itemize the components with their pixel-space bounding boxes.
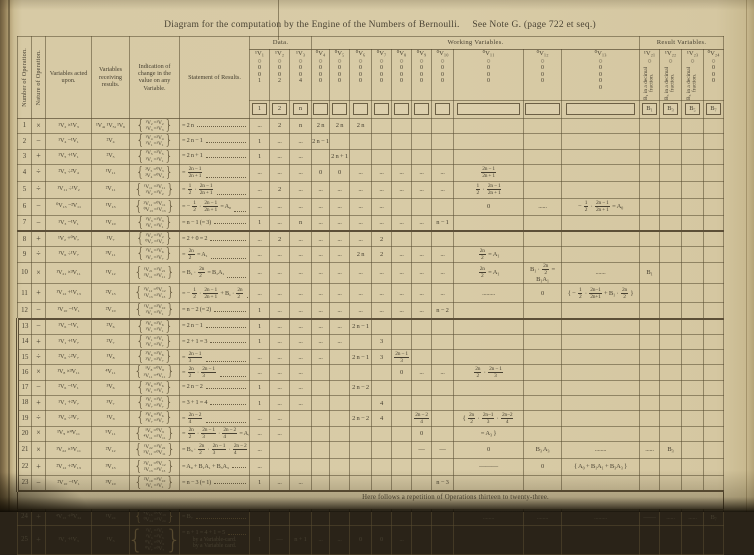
operation-sign: ÷ [32, 350, 46, 365]
cell-V10 [432, 334, 454, 349]
left-brace: { [136, 119, 144, 133]
operation-number: 3 [18, 149, 32, 164]
indication-of-change: {¹V₄ =²V₄¹V₁ =¹V₁} [130, 134, 180, 149]
variable-initial-box-cell-V2: 2 [270, 100, 290, 118]
fraction: 2n−12n+1 [589, 287, 601, 300]
cell-V6: 2 n [350, 247, 372, 262]
statement-text: = 2n − 13 [182, 351, 203, 364]
cell-V22 [660, 475, 682, 491]
cell-V13: ........ [562, 441, 640, 458]
operation-sign: − [32, 475, 46, 491]
cell-V11: ——— [454, 458, 524, 475]
right-brace: } [164, 247, 172, 261]
zero-digit: 0 [392, 78, 411, 85]
cell-V10: ... [432, 181, 454, 198]
cell-V8 [392, 396, 412, 411]
cell-V6: 2 n − 2 [350, 380, 372, 395]
variable-initial-box-cell-V1: 1 [250, 100, 270, 118]
left-brace: { [135, 266, 143, 280]
cell-V3 [290, 426, 312, 441]
cell-V6 [350, 475, 372, 491]
variables-acted-upon: ²V₁₀ −¹V₁ [46, 475, 92, 491]
cell-V11 [454, 334, 524, 349]
cell-V6: 2 n − 1 [350, 319, 372, 335]
left-brace: { [136, 150, 144, 164]
cell-V3: ... [290, 181, 312, 198]
indication-line: ¹V₁ =¹V₁ [146, 388, 164, 394]
cell-V24 [704, 149, 724, 164]
indication-of-change: {¹V₂₁ =¹V₂₁³V₁₁ =³V₁₁} [130, 262, 180, 284]
fraction: 2n2 [621, 287, 628, 300]
cell-V9: — [412, 441, 432, 458]
operation-sign: ÷ [32, 411, 46, 426]
statement-of-results: = − 12 · 2n − 12n + 1 + B₁ · 2n2 [180, 284, 250, 303]
cell-V12: 0 [524, 458, 562, 475]
initial-value-box [457, 103, 520, 115]
cell-V3: ... [290, 350, 312, 365]
statement-of-results: = 2 n + 1 [180, 149, 250, 164]
cell-V8 [392, 411, 412, 426]
variables-receiving-results: ³V₁₀ [92, 475, 130, 491]
cell-V22 [660, 303, 682, 319]
cell-V11 [454, 350, 524, 365]
variables-acted-upon: ²V₆ −¹V₁ [46, 380, 92, 395]
fraction: 2n − 12n + 1 [199, 183, 214, 196]
cell-V1: ... [250, 365, 270, 380]
indication-of-change: {¹V₁₂ =⁰V₁₂¹V₁₃ =²V₁₃} [130, 284, 180, 303]
fraction: 2n2 [236, 287, 243, 300]
cell-V3: ... [290, 284, 312, 303]
indication-of-change: {¹V₃ =¹V₃¹V₁ =¹V₁} [130, 215, 180, 231]
cell-V11 [454, 134, 524, 149]
cell-V5: 0 [330, 164, 350, 181]
cell-V7: 3 [372, 350, 392, 365]
cell-V5 [330, 396, 350, 411]
cell-V1: ... [250, 198, 270, 215]
cell-V24 [704, 134, 724, 149]
cell-V3: ... [290, 319, 312, 335]
statement-text: = 2n2 = A₁ [182, 248, 208, 261]
cell-V3 [290, 411, 312, 426]
cell-V13 [562, 231, 640, 247]
cell-V22 [660, 458, 682, 475]
variable-header-V12: ⁰V₁₂○000 [524, 50, 562, 101]
cell-V1: ... [250, 181, 270, 198]
cell-V11: 0 [454, 441, 524, 458]
variables-acted-upon: ⁰V₁₃ −²V₁₁ [46, 198, 92, 215]
operation-row-7: 7−¹V₃ −¹V₁¹V₁₀{¹V₃ =¹V₃¹V₁ =¹V₁}= n − 1 … [18, 215, 724, 231]
cell-V12: B₃ A₃ [524, 441, 562, 458]
indication-of-change: {¹V₆ =¹V₆¹V₇ =¹V₇} [130, 247, 180, 262]
statement-text: = B₁ · 2n2 = B₁A₁ [182, 266, 224, 279]
cell-V24 [704, 319, 724, 335]
indication-line: ²V₄ =⁰V₄ [145, 173, 164, 179]
cell-V13 [562, 365, 640, 380]
cell-V22 [660, 284, 682, 303]
cell-V1: 1 [250, 334, 270, 349]
cell-V8: ... [392, 303, 412, 319]
zero-digit: 2 [270, 78, 289, 85]
cell-V13 [562, 149, 640, 164]
cell-V11: 2n2 = A₁ [454, 247, 524, 262]
left-brace: { [135, 476, 143, 490]
variable-header-V10: ⁰V₁₀○000 [432, 50, 454, 101]
cell-V3: ... [290, 475, 312, 491]
cell-V3: ... [290, 262, 312, 284]
cell-V2: ... [270, 149, 290, 164]
cell-V6 [350, 365, 372, 380]
cell-V21 [640, 334, 660, 349]
right-brace: } [164, 320, 172, 334]
operation-sign: − [32, 319, 46, 335]
variables-acted-upon: ¹V₅ +¹V₁ [46, 149, 92, 164]
variable-initial-box-cell-V10 [432, 100, 454, 118]
dotted-leader [214, 223, 246, 224]
cell-V12 [524, 149, 562, 164]
cell-V23 [682, 215, 704, 231]
cell-V5 [330, 411, 350, 426]
index-circle-icon: ○ [330, 58, 349, 65]
cell-V22 [660, 134, 682, 149]
cell-V3: n [290, 215, 312, 231]
cell-V22 [660, 215, 682, 231]
variable-header-V4: ⁰V₄○000 [312, 50, 330, 101]
cell-V3: ... [290, 231, 312, 247]
cell-V24 [704, 303, 724, 319]
binding-crack [8, 0, 10, 512]
index-circle-icon: ○ [290, 58, 311, 65]
cell-V13 [562, 181, 640, 198]
statement-text: = 2 + 0 = 2 [182, 236, 207, 243]
indication-of-change: {¹V₆ =²V₆¹V₁ =¹V₁} [130, 319, 180, 335]
operation-number: 21 [18, 441, 32, 458]
cell-V4 [312, 475, 330, 491]
zero-digit: 0 [250, 72, 269, 79]
cell-V23 [682, 262, 704, 284]
statement-of-results: = 2n − 24 [180, 411, 250, 426]
cell-V21: B₁ [640, 262, 660, 284]
left-brace: { [136, 320, 144, 334]
cell-V5: ... [330, 303, 350, 319]
index-circle-icon: ○ [312, 58, 329, 65]
right-brace: } [166, 427, 174, 441]
variable-initial-box-cell-V24: B₇ [704, 100, 724, 118]
cell-V9: ... [412, 215, 432, 231]
statement-text: = 2n − 12n + 1 [182, 166, 203, 179]
fraction: 2n − 13 [188, 351, 203, 364]
cell-V9: ... [412, 164, 432, 181]
zero-digit: 0 [372, 78, 391, 85]
fraction: 2n − 12n + 1 [481, 166, 496, 179]
dotted-leader [214, 483, 246, 484]
cell-V4: ... [312, 262, 330, 284]
right-brace: } [166, 286, 174, 300]
cell-V5 [330, 426, 350, 441]
cell-V11: ......... [454, 284, 524, 303]
cell-V21 [640, 475, 660, 491]
zero-digit: 0 [412, 72, 431, 79]
indication-line: ⁰V₇ =¹V₇ [145, 239, 164, 245]
dotted-leader [210, 404, 246, 405]
operation-row-19: 19÷³V₆ ÷³V₇¹V₉{³V₆ =³V₆³V₇ =³V₇}= 2n − 2… [18, 411, 724, 426]
index-circle-icon: ○ [392, 58, 411, 65]
cell-V3: ... [290, 247, 312, 262]
variables-receiving-results: ¹V₉ [92, 411, 130, 426]
cell-V23 [682, 458, 704, 475]
zero-digit: 0 [290, 72, 311, 79]
variables-acted-upon: ¹V₄ −¹V₁ [46, 134, 92, 149]
cell-V1: ... [250, 426, 270, 441]
book-page: Diagram for the computation by the Engin… [0, 0, 754, 512]
cell-V9 [412, 149, 432, 164]
cell-V12 [524, 134, 562, 149]
variable-header-V1: ¹V₁○001 [250, 50, 270, 101]
title-note: See Note G. (page 722 et seq.) [472, 20, 596, 30]
cell-V24 [704, 247, 724, 262]
cell-V13: − 12 · 2n − 12n + 1 = A₀ [562, 198, 640, 215]
operation-sign: × [32, 118, 46, 133]
cell-V4 [312, 380, 330, 395]
variables-acted-upon: ¹V₁₀ −¹V₁ [46, 303, 92, 319]
operation-sign: × [32, 365, 46, 380]
cell-V7 [372, 319, 392, 335]
variables-receiving-results: ¹V₁₃ [92, 198, 130, 215]
cell-V2: ... [270, 215, 290, 231]
cell-V8: ... [392, 262, 412, 284]
cell-V6 [350, 134, 372, 149]
cell-V8 [392, 149, 412, 164]
cell-V4 [312, 149, 330, 164]
cell-V11: { 2n2 · 2n−13 · 2n−24 [454, 411, 524, 426]
variables-acted-upon: ²V₁₂ +²V₁₃ [46, 458, 92, 475]
cell-V22 [660, 350, 682, 365]
operation-sign: + [32, 396, 46, 411]
cell-V23 [682, 134, 704, 149]
cell-V23 [682, 380, 704, 395]
operation-row-8: 8+¹V₂ +⁰V₇¹V₇{¹V₂ =¹V₂⁰V₇ =¹V₇}= 2 + 0 =… [18, 231, 724, 247]
cell-V3 [290, 458, 312, 475]
cell-V3: ... [290, 198, 312, 215]
index-circle-icon: ○ [704, 58, 723, 65]
interlude-row: Here follows a repetition of Operations … [18, 491, 724, 509]
cell-V1: 1 [250, 396, 270, 411]
cell-V9: ... [412, 262, 432, 284]
cell-V10 [432, 149, 454, 164]
operation-number: 1 [18, 118, 32, 133]
cell-V13 [562, 475, 640, 491]
statement-of-results: = 3 + 1 = 4 [180, 396, 250, 411]
operation-number: 2 [18, 134, 32, 149]
cell-V22 [660, 181, 682, 198]
statement-text: = 2 n [182, 123, 194, 130]
statement-text: = − 12 · 2n − 12n + 1 = A₀ [182, 200, 231, 213]
cell-V5: ... [330, 319, 350, 335]
cell-V10 [432, 396, 454, 411]
cell-V13 [562, 303, 640, 319]
statement-text: = 2 n − 1 [182, 323, 203, 330]
zero-digit: 0 [524, 72, 561, 79]
indication-of-change: {²V₅ =⁰V₅²V₄ =⁰V₄} [130, 164, 180, 181]
cell-V7: ... [372, 215, 392, 231]
operation-row-17: 17−²V₆ −¹V₁³V₆{²V₆ =³V₆¹V₁ =¹V₁}= 2 n − … [18, 380, 724, 395]
cell-V6: ... [350, 164, 372, 181]
zero-digit: 0 [562, 85, 639, 92]
operation-number: 6 [18, 198, 32, 215]
cell-V13: { − 12 · 2n−12n+1 + B₁ · 2n2 } [562, 284, 640, 303]
cell-V22 [660, 262, 682, 284]
variables-receiving-results: ²V₅ [92, 149, 130, 164]
indication-line: ¹V₁ =¹V₁ [146, 157, 164, 163]
variable-header-V8: ⁰V₈○000 [392, 50, 412, 101]
cell-V4 [312, 365, 330, 380]
cell-V21 [640, 426, 660, 441]
cell-V12 [524, 475, 562, 491]
cell-V22 [660, 396, 682, 411]
cell-V10: ... [432, 365, 454, 380]
initial-value-box: B₅ [685, 103, 700, 115]
operation-row-18: 18+¹V₁ +²V₇³V₇{¹V₁ =¹V₁²V₇ =³V₇}= 3 + 1 … [18, 396, 724, 411]
cell-V23 [682, 164, 704, 181]
cell-V23 [682, 411, 704, 426]
fraction: 2n − 13 [201, 366, 216, 379]
zero-digit: 0 [704, 65, 723, 72]
indication-of-change: {¹V₁ =¹V₁²V₇ =³V₇} [130, 396, 180, 411]
zero-digit: 0 [704, 78, 723, 85]
right-brace: } [166, 200, 174, 214]
variables-receiving-results: ²V₆ [92, 319, 130, 335]
cell-V8: 0 [392, 365, 412, 380]
cell-V12 [524, 365, 562, 380]
statement-of-results: = 12 · 2n − 12n + 1 [180, 181, 250, 198]
operation-number: 19 [18, 411, 32, 426]
cell-V2: ... [270, 475, 290, 491]
right-brace: } [166, 476, 174, 490]
title-main: Diagram for the computation by the Engin… [164, 20, 460, 30]
indication-line: ³V₁₁ =⁴V₁₁ [144, 373, 166, 379]
cell-V24 [704, 411, 724, 426]
statement-of-results: = n − 1 (= 3) [180, 215, 250, 231]
cell-V24 [704, 380, 724, 395]
cell-V9 [412, 118, 432, 133]
indication-of-change: {²V₁₀ =³V₁₀¹V₁ =¹V₁} [130, 475, 180, 491]
indication-of-change: {²V₆ =³V₆¹V₁ =¹V₁} [130, 380, 180, 395]
cell-V7: ... [372, 262, 392, 284]
cell-V11 [454, 319, 524, 335]
variables-acted-upon: ¹V₂ ×¹V₃ [46, 118, 92, 133]
zero-digit: 0 [290, 65, 311, 72]
statement-text: = − 12 · 2n − 12n + 1 + B₁ · 2n2 [182, 287, 244, 300]
cell-V7 [372, 441, 392, 458]
cell-V2 [270, 458, 290, 475]
cell-V1: ... [250, 411, 270, 426]
cell-V23 [682, 231, 704, 247]
cell-V10: ... [432, 247, 454, 262]
cell-V2: ... [270, 396, 290, 411]
cell-V2: ... [270, 164, 290, 181]
cell-V7: ... [372, 284, 392, 303]
indication-line: ¹V₇ =¹V₇ [146, 255, 164, 261]
cell-V6: ... [350, 262, 372, 284]
cell-V8: 2n − 13 [392, 350, 412, 365]
cell-V21: ...... [640, 441, 660, 458]
cell-V9: ... [412, 247, 432, 262]
cell-V10: ... [432, 262, 454, 284]
statement-text: = 12 · 2n − 12n + 1 [182, 183, 214, 196]
indication-line: ⁵V₁₁ =⁰V₁₁ [143, 450, 165, 456]
left-brace: { [136, 396, 144, 410]
zero-digit: 0 [330, 65, 349, 72]
variable-header-V2: ¹V₂○002 [270, 50, 290, 101]
variables-acted-upon: ¹V₂₁ ×³V₁₁ [46, 262, 92, 284]
variable-header-V9: ⁰V₉○000 [412, 50, 432, 101]
variable-initial-box-cell-V7 [372, 100, 392, 118]
statement-text: = 2 n + 1 [182, 153, 203, 160]
cell-V9 [412, 458, 432, 475]
variables-receiving-results: ¹V₁₂ [92, 262, 130, 284]
operation-sign: − [32, 215, 46, 231]
cell-V4: ... [312, 350, 330, 365]
cell-V9: ... [412, 303, 432, 319]
statement-of-results: = B₁ · 2n2 = B₁A₁ [180, 262, 250, 284]
cell-V21 [640, 350, 660, 365]
indication-of-change: {³V₆ =³V₆³V₇ =³V₇} [130, 411, 180, 426]
cell-V23 [682, 303, 704, 319]
operation-number: 13 [18, 319, 32, 335]
cell-V5 [330, 350, 350, 365]
zero-digit: 0 [392, 65, 411, 72]
zero-digit: 0 [392, 72, 411, 79]
operation-sign: − [32, 380, 46, 395]
cell-V2: ... [270, 350, 290, 365]
cell-V22 [660, 380, 682, 395]
cell-V5 [330, 134, 350, 149]
variables-acted-upon: ¹V₁ +²V₇ [46, 396, 92, 411]
fraction: 2n2 [479, 266, 486, 279]
statement-of-results: = 2 + 0 = 2 [180, 231, 250, 247]
operation-row-20: 20×¹V₉ ×⁴V₁₁⁵V₁₁{¹V₉ =⁰V₉⁴V₁₁ =⁵V₁₁}= 2n… [18, 426, 724, 441]
operation-row-9: 9÷¹V₆ ÷¹V₇³V₁₁{¹V₆ =¹V₆¹V₇ =¹V₇}= 2n2 = … [18, 247, 724, 262]
cell-V22 [660, 164, 682, 181]
cell-V3: ... [290, 365, 312, 380]
cell-V24 [704, 426, 724, 441]
right-brace: } [165, 166, 173, 180]
fraction: 2n − 12n + 1 [487, 183, 502, 196]
cell-V11 [454, 149, 524, 164]
right-brace: } [166, 460, 174, 474]
fraction: 2n2 [188, 427, 195, 440]
cell-V10: n − 1 [432, 215, 454, 231]
operation-row-13: 13−¹V₆ −¹V₁²V₆{¹V₆ =²V₆¹V₁ =¹V₁}= 2 n − … [18, 319, 724, 335]
cell-V21 [640, 181, 660, 198]
cell-V13 [562, 396, 640, 411]
fraction: 2n − 12n + 1 [595, 200, 610, 213]
cell-V12 [524, 164, 562, 181]
cell-V9 [412, 380, 432, 395]
cell-V6 [350, 441, 372, 458]
initial-value-box [313, 103, 328, 115]
zero-digit: 0 [270, 65, 289, 72]
zero-digit: 0 [372, 65, 391, 72]
index-circle-icon: ○ [640, 58, 659, 65]
operation-sign: ÷ [32, 181, 46, 198]
variable-initial-box-cell-V5 [330, 100, 350, 118]
bernoulli-computation-table: Number of Operation.Nature of Operation.… [16, 36, 724, 512]
cell-V7: 2 [372, 247, 392, 262]
cell-V1: ... [250, 350, 270, 365]
cell-V2: ... [270, 247, 290, 262]
variables-acted-upon: ¹V₂₂ ×⁵V₁₁ [46, 441, 92, 458]
cell-V4: ... [312, 319, 330, 335]
